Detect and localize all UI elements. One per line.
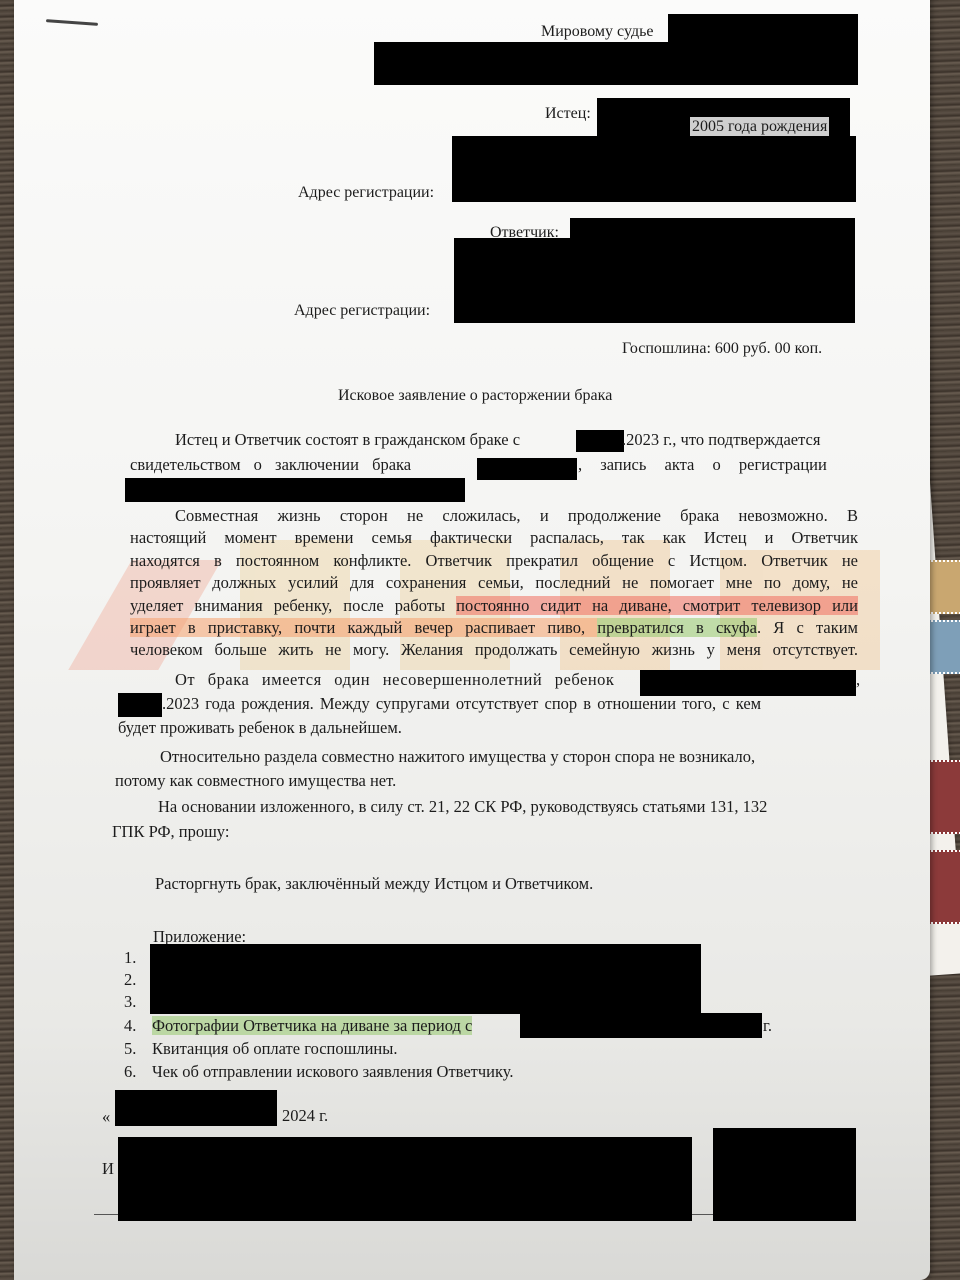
highlight-red: постоянно сидит на диване, смотрит телев… bbox=[456, 596, 858, 615]
date-year: 2024 г. bbox=[282, 1106, 328, 1126]
p5-line1: На основании изложенного, в силу ст. 21,… bbox=[158, 797, 767, 817]
p3-line2: .2023 года рождения. Между супругами отс… bbox=[162, 694, 761, 714]
plaintiff-label: Истец: bbox=[545, 104, 591, 124]
redaction bbox=[520, 1013, 762, 1038]
p3-line3: будет проживать ребенок в дальнейшем. bbox=[118, 718, 402, 738]
highlight-orange: играет в приставку, почти каждый вечер р… bbox=[130, 618, 597, 637]
p2-line: человеком больше жить не могу. Желания п… bbox=[130, 639, 858, 661]
p2-line: проявляет должных усилий для сохранения … bbox=[130, 572, 858, 594]
p1-line2-start: свидетельством о заключении брака bbox=[130, 455, 411, 475]
redaction bbox=[452, 136, 856, 202]
redaction bbox=[477, 458, 577, 480]
attachment-suffix: г. bbox=[763, 1016, 772, 1036]
p2-plain-text: уделяет внимания ребенку, после работы bbox=[130, 596, 456, 615]
addressee-label: Мировому судье bbox=[541, 22, 653, 42]
attachment-item: 2. bbox=[124, 969, 152, 991]
date-quote: « bbox=[102, 1107, 110, 1127]
p1-line2-end: , запись акта о регистрации bbox=[578, 455, 827, 475]
attachment-item: 3. bbox=[124, 991, 152, 1013]
defendant-address-label: Адрес регистрации: bbox=[294, 301, 430, 321]
attachment-item: 1. bbox=[124, 947, 152, 969]
redaction bbox=[454, 238, 855, 323]
plaintiff-address-label: Адрес регистрации: bbox=[298, 183, 434, 203]
redaction bbox=[125, 478, 465, 502]
redaction bbox=[115, 1090, 277, 1126]
redaction bbox=[713, 1128, 856, 1221]
request-text: Расторгнуть брак, заключённый между Истц… bbox=[155, 874, 593, 894]
p1-line1-start: Истец и Ответчик состоят в гражданском б… bbox=[175, 430, 520, 450]
highlight-green: Фотографии Ответчика на диване за период… bbox=[152, 1016, 472, 1035]
p2-line: настоящий момент времени семья фактическ… bbox=[130, 527, 858, 549]
highlight-green: превратился в скуфа bbox=[597, 618, 757, 637]
p3-line1: От брака имеется один несовершеннолетний… bbox=[175, 670, 614, 690]
p2-line: находятся в постоянном конфликте. Ответч… bbox=[130, 550, 858, 572]
signature-label: И bbox=[102, 1159, 114, 1179]
p4-line2: потому как совместного имущества нет. bbox=[115, 771, 396, 791]
redaction bbox=[570, 218, 855, 240]
redaction bbox=[150, 944, 701, 1014]
p2-line-5: уделяет внимания ребенку, после работы п… bbox=[130, 595, 858, 617]
plaintiff-birth: 2005 года рождения bbox=[690, 117, 829, 137]
redaction bbox=[374, 42, 858, 85]
attachment-item: 5.Квитанция об оплате госпошлины. bbox=[124, 1038, 397, 1060]
redaction bbox=[668, 14, 858, 44]
redaction bbox=[118, 1137, 692, 1221]
redaction bbox=[576, 430, 624, 452]
p2-line: Совместная жизнь сторон не сложилась, и … bbox=[130, 505, 858, 527]
p3-comma: , bbox=[856, 670, 860, 690]
document-title: Исковое заявление о расторжении брака bbox=[338, 386, 612, 406]
p4-line1: Относительно раздела совместно нажитого … bbox=[160, 747, 755, 767]
p2-line-6: играет в приставку, почти каждый вечер р… bbox=[130, 617, 858, 639]
redaction bbox=[118, 693, 162, 717]
p5-line2: ГПК РФ, прошу: bbox=[112, 822, 229, 842]
state-fee: Госпошлина: 600 руб. 00 коп. bbox=[622, 339, 822, 359]
attachment-item: 4.Фотографии Ответчика на диване за пери… bbox=[124, 1015, 472, 1037]
p2-plain-text: . Я с таким bbox=[757, 618, 858, 637]
attachment-item: 6.Чек об отправлении искового заявления … bbox=[124, 1061, 514, 1083]
p1-line1-end: .2023 г., что подтверждается bbox=[622, 430, 820, 450]
paragraph-2: Совместная жизнь сторон не сложилась, и … bbox=[130, 505, 858, 662]
redaction bbox=[640, 670, 856, 696]
